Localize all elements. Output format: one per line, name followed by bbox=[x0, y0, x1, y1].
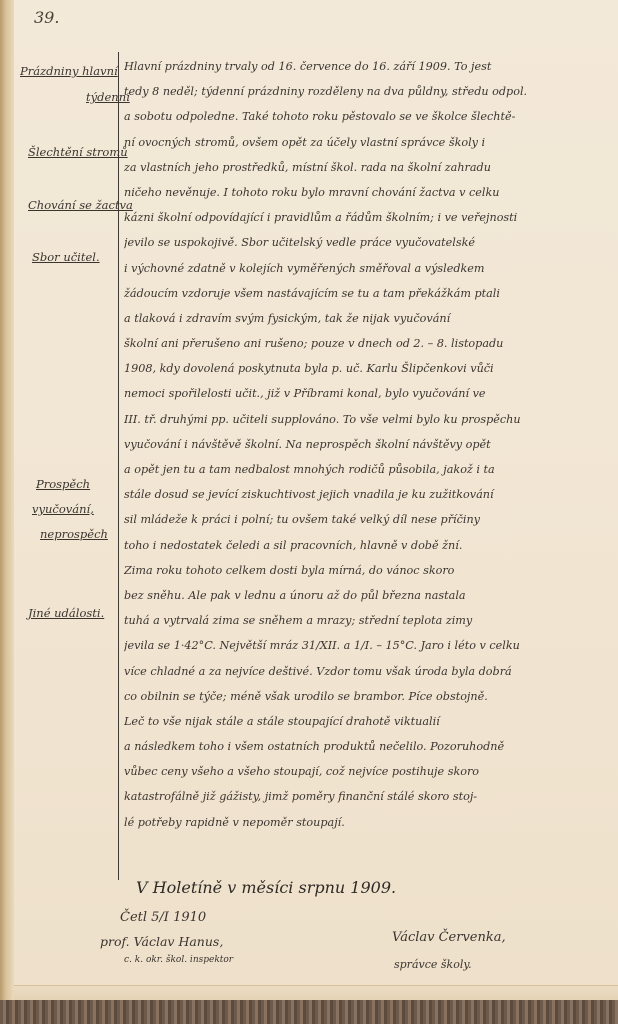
text-line: jevilo se uspokojivě. Sbor učitelský ved… bbox=[124, 230, 604, 255]
book-spine bbox=[0, 0, 14, 1024]
text-line: bez sněhu. Ale pak v lednu a únoru až do… bbox=[124, 583, 604, 608]
text-line: žádoucím vzdoruje všem nastávajícím se t… bbox=[124, 281, 604, 306]
text-line: vůbec ceny všeho a všeho stoupají, což n… bbox=[124, 759, 604, 784]
text-line: lé potřeby rapidně v nepoměr stoupají. bbox=[124, 810, 604, 835]
margin-label: vyučování, bbox=[32, 502, 94, 516]
text-line: Zima roku tohoto celkem dosti byla mírná… bbox=[124, 558, 604, 583]
text-line: a opět jen tu a tam nedbalost mnohých ro… bbox=[124, 457, 604, 482]
text-line: a následkem toho i všem ostatních produk… bbox=[124, 734, 604, 759]
text-line: více chladné a za nejvíce deštivé. Vzdor… bbox=[124, 659, 604, 684]
text-line: jevila se 1·42°C. Největší mráz 31/XII. … bbox=[124, 633, 604, 658]
inspector-title: c. k. okr. škol. inspektor bbox=[124, 955, 233, 965]
text-line: a sobotu odpoledne. Také tohoto roku pěs… bbox=[124, 104, 604, 129]
page-edge bbox=[14, 985, 618, 1001]
read-note: Četl 5/I 1910 bbox=[120, 910, 206, 925]
margin-label: Sbor učitel. bbox=[32, 250, 100, 264]
margin-label: Prázdniny hlavní bbox=[20, 64, 118, 78]
margin-label: Šlechtění stromů bbox=[28, 145, 128, 159]
text-line: III. tř. druhými pp. učiteli supplováno.… bbox=[124, 407, 604, 432]
text-line: vyučování i návštěvě školní. Na neprospě… bbox=[124, 432, 604, 457]
text-line: ní ovocných stromů, ovšem opět za účely … bbox=[124, 130, 604, 155]
text-line: školní ani přerušeno ani rušeno; pouze v… bbox=[124, 331, 604, 356]
text-line: a tlaková i zdravím svým fysickým, tak ž… bbox=[124, 306, 604, 331]
headmaster-title: správce školy. bbox=[394, 958, 472, 971]
text-line: katastrofálně již gážisty, jimž poměry f… bbox=[124, 784, 604, 809]
text-line: kázni školní odpovídající i pravidlům a … bbox=[124, 205, 604, 230]
text-line: ničeho nevěnuje. I tohoto roku bylo mrav… bbox=[124, 180, 604, 205]
headmaster-signature: Václav Červenka, bbox=[392, 930, 506, 945]
inspector-signature: prof. Václav Hanus, bbox=[100, 934, 223, 949]
text-line: stále dosud se jevící ziskuchtivost jeji… bbox=[124, 482, 604, 507]
text-line: 1908, kdy dovolená poskytnuta byla p. uč… bbox=[124, 356, 604, 381]
text-line: tedy 8 neděl; týdenní prázdniny rozdělen… bbox=[124, 79, 604, 104]
chronicle-body-text: Hlavní prázdniny trvaly od 16. července … bbox=[124, 54, 604, 835]
text-line: za vlastních jeho prostředků, místní ško… bbox=[124, 155, 604, 180]
margin-label: Chování se žactva bbox=[28, 198, 133, 212]
closing-place-date: V Holetíně v měsíci srpnu 1909. bbox=[136, 878, 396, 897]
text-line: Hlavní prázdniny trvaly od 16. července … bbox=[124, 54, 604, 79]
text-line: co obilnin se týče; méně však urodilo se… bbox=[124, 684, 604, 709]
page-number: 39. bbox=[34, 8, 59, 27]
text-line: Leč to vše nijak stále a stále stoupajíc… bbox=[124, 709, 604, 734]
margin-label: Prospěch bbox=[36, 477, 90, 491]
margin-label: Jiné události. bbox=[28, 606, 104, 620]
text-line: toho i nedostatek čeledi a sil pracovníc… bbox=[124, 533, 604, 558]
text-line: i výchovné zdatně v kolejích vyměřených … bbox=[124, 256, 604, 281]
margin-label: neprospěch bbox=[40, 527, 108, 541]
book-binding bbox=[0, 1000, 618, 1024]
text-line: sil mládeže k práci i polní; tu ovšem ta… bbox=[124, 507, 604, 532]
margin-rule bbox=[118, 52, 119, 880]
text-line: nemoci spořilelosti učit., již v Příbram… bbox=[124, 381, 604, 406]
text-line: tuhá a vytrvalá zima se sněhem a mrazy; … bbox=[124, 608, 604, 633]
